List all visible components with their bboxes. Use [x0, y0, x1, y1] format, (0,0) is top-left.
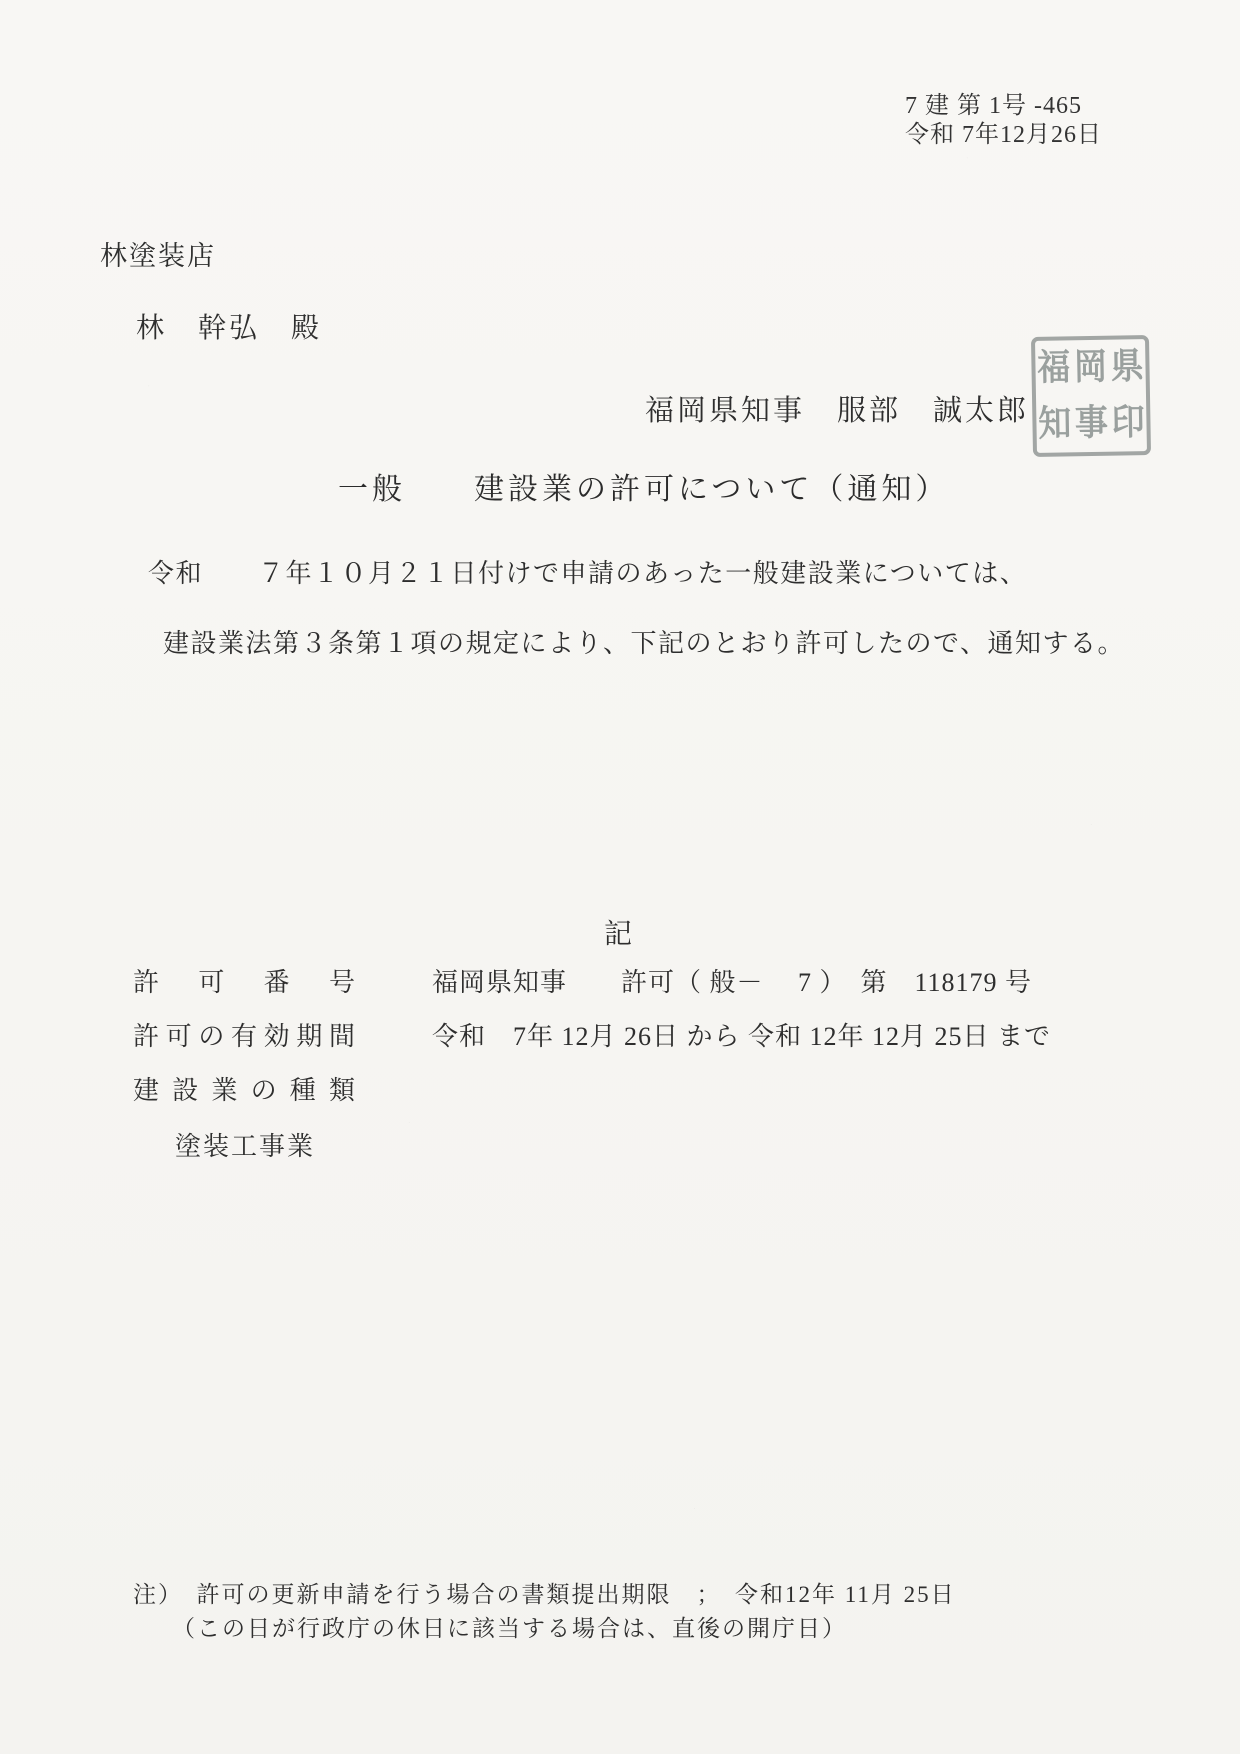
- validity-period-label: 許可の有効期間: [133, 1016, 355, 1053]
- business-type-label: 建設業の種類: [133, 1070, 355, 1107]
- body-paragraph-line-2: 建設業法第３条第１項の規定により、下記のとおり許可したので、通知する。: [163, 623, 1125, 660]
- permit-number-label: 許可番号: [133, 962, 355, 999]
- seal-char: 事: [1075, 406, 1109, 443]
- issuer-governor-name: 福岡県知事 服部 誠太郎: [645, 388, 1029, 429]
- recipient-name: 林 幹弘 殿: [136, 306, 322, 346]
- notice-title: 一般 建設業の許可について（通知）: [338, 464, 949, 508]
- document-date: 令和 7年12月26日: [905, 121, 1102, 150]
- seal-char: 福: [1037, 350, 1071, 387]
- body-paragraph-line-1: 令和 ７年１０月２１日付けで申請のあった一般建設業については、: [148, 553, 1027, 590]
- ki-section-marker: 記: [604, 912, 632, 952]
- recipient-company: 林塗装店: [100, 234, 216, 273]
- footnote-line-2: （この日が行政庁の休日に該当する場合は、直後の開庁日）: [172, 1610, 847, 1643]
- governor-seal-stamp: 福 岡 県 知 事 印: [1031, 335, 1151, 457]
- permit-number-value: 福岡県知事 許可（ 般－ 7 ） 第 118179 号: [432, 962, 1032, 999]
- seal-char: 県: [1110, 349, 1144, 386]
- footnote-line-1: 注） 許可の更新申請を行う場合の書類提出期限 ； 令和12年 11月 25日: [133, 1576, 956, 1609]
- business-type-value: 塗装工事業: [175, 1126, 315, 1163]
- document-number: 7 建 第 1号 -465: [905, 92, 1102, 121]
- document-meta-block: 7 建 第 1号 -465 令和 7年12月26日: [905, 92, 1102, 150]
- scanned-permit-notice-page: 7 建 第 1号 -465 令和 7年12月26日 林塗装店 林 幹弘 殿 福岡…: [0, 0, 1240, 1754]
- seal-char: 岡: [1074, 350, 1108, 387]
- validity-period-value: 令和 7年 12月 26日 から 令和 12年 12月 25日 まで: [432, 1016, 1051, 1053]
- seal-char: 知: [1038, 406, 1072, 443]
- seal-char: 印: [1111, 405, 1145, 442]
